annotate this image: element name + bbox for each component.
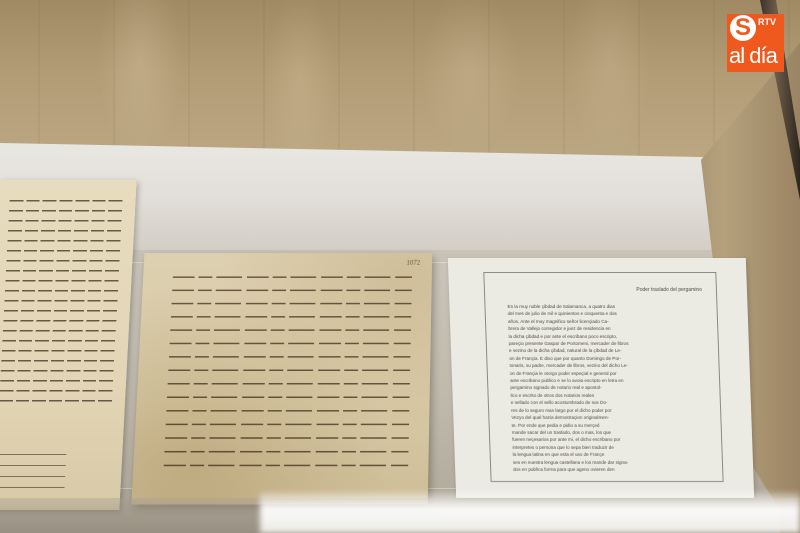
logo-s-mark: S [730, 15, 756, 41]
wood-grain-texture [0, 0, 800, 160]
transcription-line: te. Por ende que pedia e pidio a su merç… [512, 422, 711, 429]
transcription-line: la dicha çibdad e por ante el escribano … [508, 333, 707, 340]
transcription-line: tonaris, su padre, mercader de libros, v… [509, 362, 708, 369]
transcription-line: e sellado con el sello acostumbrado de s… [511, 399, 710, 406]
transcription-line: En la muy noble çibdad de Salamanca, a q… [507, 303, 706, 310]
transcription-line: mande sacar del un traslado, dos o mas, … [512, 429, 711, 436]
transcription-frame: Poder traslado del pergamino En la muy n… [483, 272, 723, 482]
transcription-line: la lengua latina en que esta el uso de F… [513, 451, 712, 458]
transcription-line: lico e escrito de otros dos notarios rea… [510, 392, 709, 399]
museum-vitrine-photo: 1072 Poder traslado del pergamino En la … [0, 0, 800, 533]
transcription-line: pareçio presente Gaspar de Portomeni, me… [509, 340, 708, 347]
folio-number: 1072 [406, 259, 420, 267]
transcription-line: dos en publica forma para que ageno ovie… [513, 466, 712, 473]
transcription-sheet: Poder traslado del pergamino En la muy n… [448, 258, 754, 498]
transcription-line: interpretes o persona que lo sepa bien t… [512, 444, 711, 451]
transcription-line: Vezyo del qual hazia demostraçion origin… [511, 414, 710, 421]
transcription-line: res de lo seguro mas largo por el dicho … [511, 407, 710, 414]
transcription-line: ses en nuestra lengua castellana e los m… [513, 459, 712, 466]
transcription-title: Poder traslado del pergamino [507, 287, 702, 293]
transcription-line: del mes de julio de mil e quinientos e c… [508, 310, 707, 317]
transcription-line: ante escribano publico e se lo avoia esc… [510, 377, 709, 384]
logo-aldia-text: al día [729, 44, 777, 68]
transcription-line: on de Françia le otorgo poder espeçial e… [510, 370, 709, 377]
srtv-aldia-logo: S RTV al día [727, 14, 784, 72]
left-manuscript [0, 180, 137, 510]
transcription-line: años, Ante el muy magnifico señor licenç… [508, 318, 707, 325]
transcription-line: on de Françia. E dixo que por quanto Dom… [509, 355, 708, 362]
logo-rtv-text: RTV [758, 17, 776, 27]
light-glare [260, 492, 800, 533]
central-manuscript: 1072 [131, 253, 432, 504]
transcription-line: brera de Vallejo corregidor e juez de re… [508, 325, 707, 332]
handwritten-text [0, 194, 126, 404]
handwritten-text [163, 269, 412, 476]
transcription-line: pergamino signado de notario real e apos… [510, 384, 709, 391]
transcription-line: fueren neçesarios por ante mi, el dicho … [512, 436, 711, 443]
handwritten-notes [0, 448, 67, 498]
transcription-line: e vezino de la dicha çibdad, natural de … [509, 347, 708, 354]
